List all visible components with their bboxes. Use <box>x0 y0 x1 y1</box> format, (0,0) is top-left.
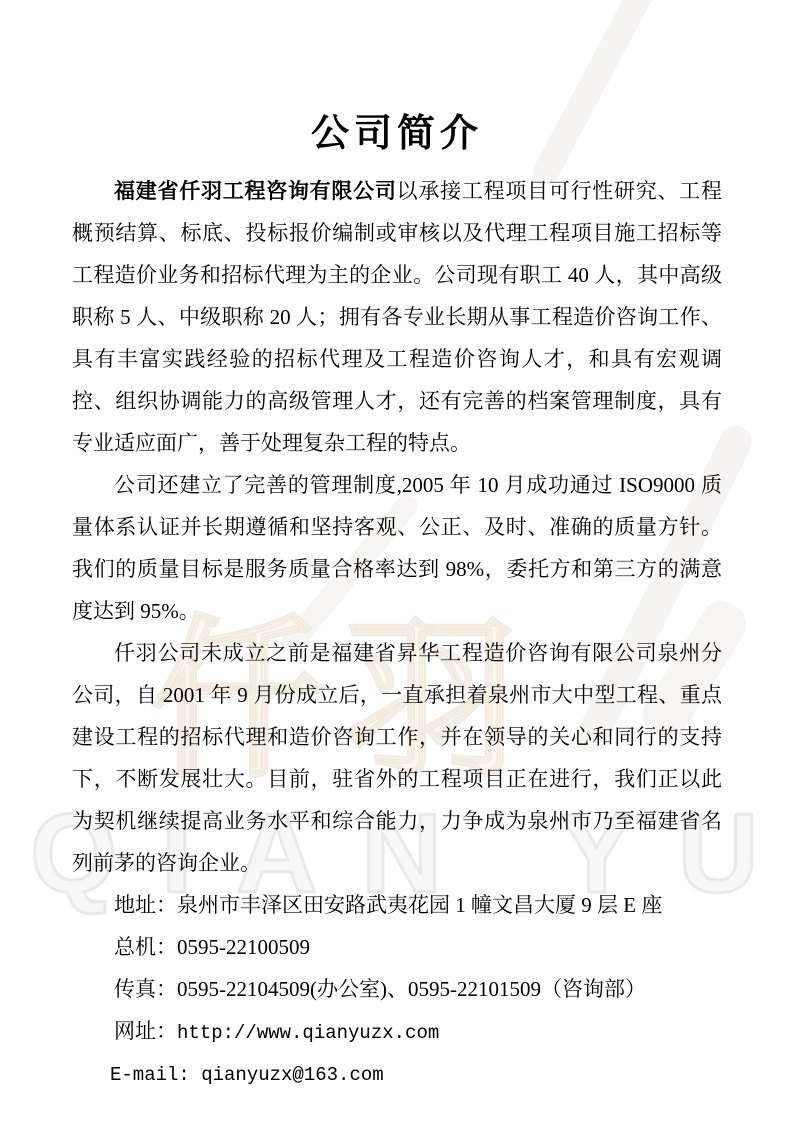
document-page: 仟羽 QIAN YU 公司简介 福建省仟羽工程咨询有限公司以承接工程项目可行性研… <box>0 0 793 1122</box>
address-label: 地址： <box>114 893 177 917</box>
website-value: http://www.qianyuzx.com <box>177 1022 439 1044</box>
contact-email: E-mail: qianyuzx@163.com <box>72 1054 722 1096</box>
contact-address: 地址：泉州市丰泽区田安路武夷花园 1 幢文昌大厦 9 层 E 座 <box>72 884 722 926</box>
fax-label: 传真： <box>114 977 177 1001</box>
contact-phone: 总机：0595-22100509 <box>72 926 722 968</box>
contact-fax: 传真：0595-22104509(办公室)、0595-22101509（咨询部） <box>72 968 722 1010</box>
email-value: qianyuzx@163.com <box>201 1064 383 1086</box>
paragraph-company-intro-text: 以承接工程项目可行性研究、工程概预结算、标底、投标报价编制或审核以及代理工程项目… <box>72 179 722 455</box>
website-label: 网址： <box>114 1019 177 1043</box>
company-name: 福建省仟羽工程咨询有限公司 <box>114 179 397 203</box>
phone-value: 0595-22100509 <box>177 935 310 959</box>
fax-value: 0595-22104509(办公室)、0595-22101509（咨询部） <box>177 977 646 1001</box>
contact-website: 网址：http://www.qianyuzx.com <box>72 1010 722 1054</box>
document-content: 公司简介 福建省仟羽工程咨询有限公司以承接工程项目可行性研究、工程概预结算、标底… <box>0 0 793 1096</box>
phone-label: 总机： <box>114 935 177 959</box>
paragraph-quality-system: 公司还建立了完善的管理制度,2005 年 10 月成功通过 ISO9000 质量… <box>72 464 722 632</box>
email-label: E-mail: <box>110 1064 201 1086</box>
paragraph-company-history: 仟羽公司未成立之前是福建省昇华工程造价咨询有限公司泉州分公司，自 2001 年 … <box>72 632 722 884</box>
address-value: 泉州市丰泽区田安路武夷花园 1 幢文昌大厦 9 层 E 座 <box>177 893 662 917</box>
paragraph-company-intro: 福建省仟羽工程咨询有限公司以承接工程项目可行性研究、工程概预结算、标底、投标报价… <box>72 170 722 464</box>
page-title: 公司简介 <box>72 108 722 160</box>
